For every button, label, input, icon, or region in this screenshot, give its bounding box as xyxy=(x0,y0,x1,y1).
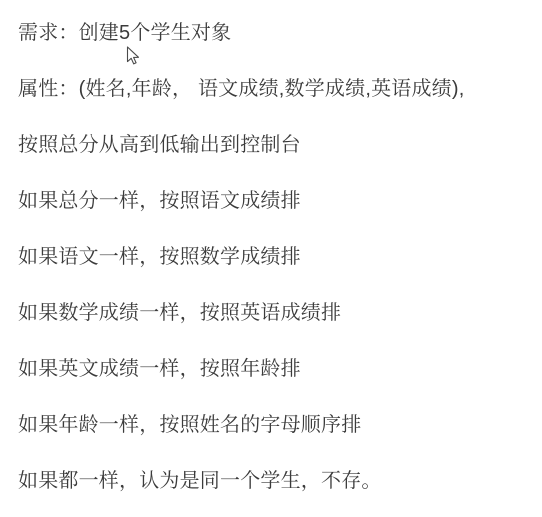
requirements-document: 需求：创建5个学生对象 属性：(姓名,年龄， 语文成绩,数学成绩,英语成绩), … xyxy=(0,0,542,517)
line-requirement: 需求：创建5个学生对象 xyxy=(18,5,532,61)
line-sort-total: 按照总分从高到低输出到控制台 xyxy=(18,117,532,173)
line-tie-all: 如果都一样，认为是同一个学生，不存。 xyxy=(18,453,532,509)
text-block: 需求：创建5个学生对象 属性：(姓名,年龄， 语文成绩,数学成绩,英语成绩), … xyxy=(0,0,542,509)
line-tie-english: 如果英文成绩一样，按照年龄排 xyxy=(18,341,532,397)
line-attributes: 属性：(姓名,年龄， 语文成绩,数学成绩,英语成绩), xyxy=(18,61,532,117)
line-tie-chinese: 如果语文一样，按照数学成绩排 xyxy=(18,229,532,285)
line-tie-total: 如果总分一样，按照语文成绩排 xyxy=(18,173,532,229)
line-tie-math: 如果数学成绩一样，按照英语成绩排 xyxy=(18,285,532,341)
line-tie-age: 如果年龄一样，按照姓名的字母顺序排 xyxy=(18,397,532,453)
